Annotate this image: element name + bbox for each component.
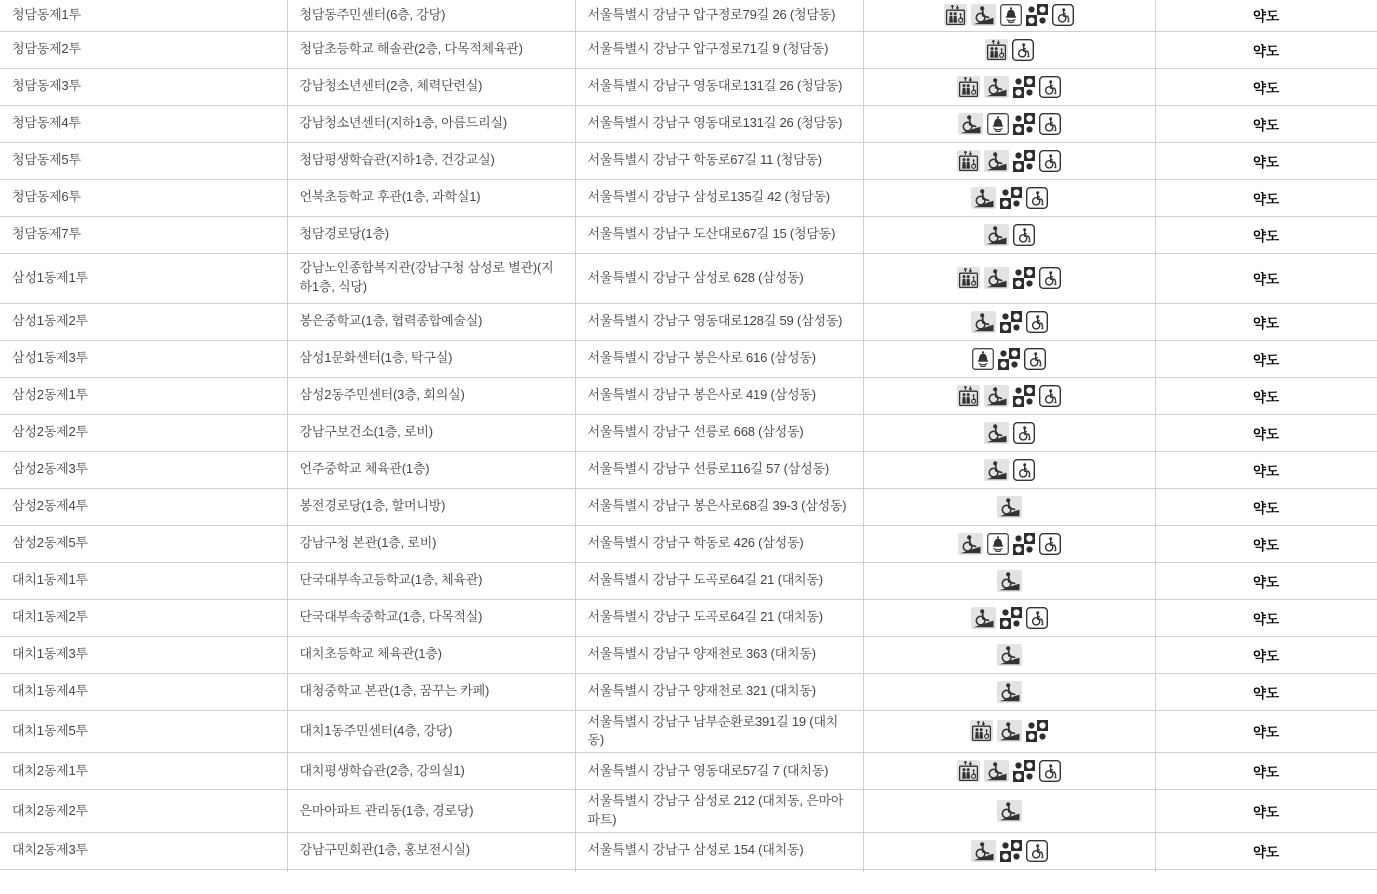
place-cell: 청담평생학습관(지하1층, 건강교실) bbox=[287, 142, 575, 179]
address-cell: 서울특별시 강남구 학동로 426 (삼성동) bbox=[575, 525, 863, 562]
accessible-facility-icon bbox=[1039, 113, 1061, 135]
tactile-paving-icon bbox=[1013, 385, 1035, 407]
accessibility-icons-cell bbox=[863, 562, 1155, 599]
address-cell: 서울특별시 강남구 삼성로 628 (삼성동) bbox=[575, 253, 863, 303]
precinct-cell: 대치1동제1투 bbox=[0, 562, 287, 599]
elevator-icon bbox=[957, 760, 980, 782]
place-cell: 삼성1문화센터(1층, 탁구실) bbox=[287, 340, 575, 377]
map-link-cell: 약도 bbox=[1155, 216, 1377, 253]
elevator-icon bbox=[957, 267, 980, 289]
address-cell: 서울특별시 강남구 봉은사로 419 (삼성동) bbox=[575, 377, 863, 414]
map-link-cell: 약도 bbox=[1155, 599, 1377, 636]
accessibility-icons-cell bbox=[863, 216, 1155, 253]
map-link-cell: 약도 bbox=[1155, 179, 1377, 216]
elevator-icon bbox=[970, 720, 993, 742]
place-cell: 강남구보건소(1층, 로비) bbox=[287, 414, 575, 451]
wheelchair-ramp-icon bbox=[997, 681, 1022, 703]
map-link[interactable]: 약도 bbox=[1253, 118, 1279, 133]
wheelchair-ramp-icon bbox=[971, 4, 996, 26]
table-row-partial bbox=[0, 869, 1377, 872]
precinct-cell: 삼성1동제3투 bbox=[0, 340, 287, 377]
table-row: 삼성1동제2투 봉은중학교(1층, 협력종합예술실) 서울특별시 강남구 영동대… bbox=[0, 303, 1377, 340]
accessibility-icons-cell bbox=[863, 340, 1155, 377]
accessibility-icons-cell bbox=[863, 488, 1155, 525]
table-row: 삼성2동제5투 강남구청 본관(1층, 로비) 서울특별시 강남구 학동로 42… bbox=[0, 525, 1377, 562]
accessible-facility-icon bbox=[1013, 422, 1035, 444]
accessibility-icons-cell bbox=[863, 710, 1155, 753]
address-cell: 서울특별시 강남구 양재천로 363 (대치동) bbox=[575, 636, 863, 673]
wheelchair-ramp-icon bbox=[958, 113, 983, 135]
wheelchair-ramp-icon bbox=[984, 76, 1009, 98]
map-link[interactable]: 약도 bbox=[1253, 44, 1279, 59]
wheelchair-ramp-icon bbox=[997, 800, 1022, 822]
table-row: 삼성2동제4투 봉전경로당(1층, 할머니방) 서울특별시 강남구 봉은사로68… bbox=[0, 488, 1377, 525]
call-bell-icon bbox=[972, 348, 994, 370]
accessibility-icons-cell bbox=[863, 31, 1155, 68]
table-row: 청담동제5투 청담평생학습관(지하1층, 건강교실) 서울특별시 강남구 학동로… bbox=[0, 142, 1377, 179]
map-link[interactable]: 약도 bbox=[1253, 575, 1279, 590]
accessible-facility-icon bbox=[1026, 187, 1048, 209]
map-link-cell: 약도 bbox=[1155, 636, 1377, 673]
tactile-paving-icon bbox=[1013, 113, 1035, 135]
table-row: 삼성2동제2투 강남구보건소(1층, 로비) 서울특별시 강남구 선릉로 668… bbox=[0, 414, 1377, 451]
wheelchair-ramp-icon bbox=[984, 422, 1009, 444]
accessibility-icons-cell bbox=[863, 636, 1155, 673]
map-link[interactable]: 약도 bbox=[1253, 612, 1279, 627]
map-link-cell: 약도 bbox=[1155, 790, 1377, 833]
precinct-cell: 대치2동제3투 bbox=[0, 832, 287, 869]
map-link[interactable]: 약도 bbox=[1253, 316, 1279, 331]
map-link-cell: 약도 bbox=[1155, 303, 1377, 340]
precinct-cell: 대치1동제3투 bbox=[0, 636, 287, 673]
accessible-facility-icon bbox=[1026, 840, 1048, 862]
accessible-facility-icon bbox=[1013, 224, 1035, 246]
table-row: 대치1동제4투 대청중학교 본관(1층, 꿈꾸는 카페) 서울특별시 강남구 양… bbox=[0, 673, 1377, 710]
place-cell: 봉은중학교(1층, 협력종합예술실) bbox=[287, 303, 575, 340]
table-row: 청담동제4투 강남청소년센터(지하1층, 아름드리실) 서울특별시 강남구 영동… bbox=[0, 105, 1377, 142]
accessible-facility-icon bbox=[1012, 39, 1034, 61]
table-row: 청담동제7투 청담경로당(1층) 서울특별시 강남구 도산대로67길 15 (청… bbox=[0, 216, 1377, 253]
address-cell: 서울특별시 강남구 도곡로64길 21 (대치동) bbox=[575, 562, 863, 599]
table-row: 청담동제2투 청담초등학교 해솔관(2층, 다목적체육관) 서울특별시 강남구 … bbox=[0, 31, 1377, 68]
place-cell: 언주중학교 체육관(1층) bbox=[287, 451, 575, 488]
table-row: 대치1동제5투 대치1동주민센터(4층, 강당) 서울특별시 강남구 남부순환로… bbox=[0, 710, 1377, 753]
map-link[interactable]: 약도 bbox=[1253, 353, 1279, 368]
map-link[interactable]: 약도 bbox=[1253, 192, 1279, 207]
table-row: 청담동제6투 언북초등학교 후관(1층, 과학실1) 서울특별시 강남구 삼성로… bbox=[0, 179, 1377, 216]
tactile-paving-icon bbox=[1026, 4, 1048, 26]
map-link-cell: 약도 bbox=[1155, 753, 1377, 790]
table-row: 삼성2동제1투 삼성2동주민센터(3층, 회의실) 서울특별시 강남구 봉은사로… bbox=[0, 377, 1377, 414]
place-cell: 대치1동주민센터(4층, 강당) bbox=[287, 710, 575, 753]
table-row: 청담동제3투 강남청소년센터(2층, 체력단련실) 서울특별시 강남구 영동대로… bbox=[0, 68, 1377, 105]
accessible-facility-icon bbox=[1024, 348, 1046, 370]
precinct-cell: 삼성2동제5투 bbox=[0, 525, 287, 562]
accessible-facility-icon bbox=[1039, 760, 1061, 782]
map-link[interactable]: 약도 bbox=[1253, 272, 1279, 287]
map-link-cell: 약도 bbox=[1155, 832, 1377, 869]
place-cell: 삼성2동주민센터(3층, 회의실) bbox=[287, 377, 575, 414]
accessible-facility-icon bbox=[1039, 150, 1061, 172]
map-link[interactable]: 약도 bbox=[1253, 427, 1279, 442]
place-cell: 언북초등학교 후관(1층, 과학실1) bbox=[287, 179, 575, 216]
accessible-facility-icon bbox=[1039, 533, 1061, 555]
place-cell: 강남청소년센터(지하1층, 아름드리실) bbox=[287, 105, 575, 142]
address-cell: 서울특별시 강남구 양재천로 321 (대치동) bbox=[575, 673, 863, 710]
table-row: 대치2동제3투 강남구민회관(1층, 홍보전시실) 서울특별시 강남구 삼성로 … bbox=[0, 832, 1377, 869]
map-link-cell: 약도 bbox=[1155, 451, 1377, 488]
precinct-cell: 청담동제1투 bbox=[0, 0, 287, 31]
elevator-icon bbox=[957, 385, 980, 407]
wheelchair-ramp-icon bbox=[971, 840, 996, 862]
wheelchair-ramp-icon bbox=[984, 459, 1009, 481]
map-link[interactable]: 약도 bbox=[1253, 390, 1279, 405]
table-row: 삼성1동제1투 강남노인종합복지관(강남구청 삼성로 별관)(지하1층, 식당)… bbox=[0, 253, 1377, 303]
map-link[interactable]: 약도 bbox=[1253, 9, 1279, 24]
address-cell: 서울특별시 강남구 압구정로71길 9 (청담동) bbox=[575, 31, 863, 68]
tactile-paving-icon bbox=[1000, 607, 1022, 629]
address-cell: 서울특별시 강남구 봉은사로68길 39-3 (삼성동) bbox=[575, 488, 863, 525]
tactile-paving-icon bbox=[1013, 267, 1035, 289]
tactile-paving-icon bbox=[1013, 533, 1035, 555]
table-row: 삼성1동제3투 삼성1문화센터(1층, 탁구실) 서울특별시 강남구 봉은사로 … bbox=[0, 340, 1377, 377]
precinct-cell: 청담동제2투 bbox=[0, 31, 287, 68]
address-cell: 서울특별시 강남구 영동대로57길 7 (대치동) bbox=[575, 753, 863, 790]
map-link-cell: 약도 bbox=[1155, 253, 1377, 303]
place-cell: 강남구청 본관(1층, 로비) bbox=[287, 525, 575, 562]
address-cell: 서울특별시 강남구 영동대로131길 26 (청담동) bbox=[575, 105, 863, 142]
table-row: 대치2동제2투 은마아파트 관리동(1층, 경로당) 서울특별시 강남구 삼성로… bbox=[0, 790, 1377, 833]
place-cell: 강남청소년센터(2층, 체력단련실) bbox=[287, 68, 575, 105]
accessible-facility-icon bbox=[1039, 267, 1061, 289]
tactile-paving-icon bbox=[998, 348, 1020, 370]
accessibility-icons-cell bbox=[863, 753, 1155, 790]
address-cell: 서울특별시 강남구 영동대로131길 26 (청담동) bbox=[575, 68, 863, 105]
accessibility-icons-cell bbox=[863, 790, 1155, 833]
elevator-icon bbox=[957, 150, 980, 172]
address-cell: 서울특별시 강남구 선릉로116길 57 (삼성동) bbox=[575, 451, 863, 488]
tactile-paving-icon bbox=[1013, 760, 1035, 782]
accessibility-icons-cell bbox=[863, 142, 1155, 179]
table-row: 대치1동제1투 단국대부속고등학교(1층, 체육관) 서울특별시 강남구 도곡로… bbox=[0, 562, 1377, 599]
map-link[interactable]: 약도 bbox=[1253, 649, 1279, 664]
wheelchair-ramp-icon bbox=[984, 385, 1009, 407]
precinct-cell: 대치1동제5투 bbox=[0, 710, 287, 753]
precinct-cell: 청담동제3투 bbox=[0, 68, 287, 105]
map-link-cell: 약도 bbox=[1155, 710, 1377, 753]
address-cell: 서울특별시 강남구 학동로67길 11 (청담동) bbox=[575, 142, 863, 179]
place-cell: 대청중학교 본관(1층, 꿈꾸는 카페) bbox=[287, 673, 575, 710]
address-cell: 서울특별시 강남구 삼성로135길 42 (청담동) bbox=[575, 179, 863, 216]
tactile-paving-icon bbox=[1013, 76, 1035, 98]
accessibility-icons-cell bbox=[863, 414, 1155, 451]
precinct-cell: 삼성2동제2투 bbox=[0, 414, 287, 451]
table-row: 삼성2동제3투 언주중학교 체육관(1층) 서울특별시 강남구 선릉로116길 … bbox=[0, 451, 1377, 488]
table-row: 청담동제1투 청담동주민센터(6층, 강당) 서울특별시 강남구 압구정로79길… bbox=[0, 0, 1377, 31]
tactile-paving-icon bbox=[1000, 187, 1022, 209]
call-bell-icon bbox=[987, 113, 1009, 135]
call-bell-icon bbox=[987, 533, 1009, 555]
map-link-cell: 약도 bbox=[1155, 105, 1377, 142]
place-cell: 단국대부속중학교(1층, 다목적실) bbox=[287, 599, 575, 636]
polling-places-table: 청담동제1투 청담동주민센터(6층, 강당) 서울특별시 강남구 압구정로79길… bbox=[0, 0, 1377, 872]
map-link[interactable]: 약도 bbox=[1253, 229, 1279, 244]
map-link-cell: 약도 bbox=[1155, 340, 1377, 377]
wheelchair-ramp-icon bbox=[997, 496, 1022, 518]
place-cell: 강남노인종합복지관(강남구청 삼성로 별관)(지하1층, 식당) bbox=[287, 253, 575, 303]
accessibility-icons-cell bbox=[863, 179, 1155, 216]
accessible-facility-icon bbox=[1039, 385, 1061, 407]
accessibility-icons-cell bbox=[863, 0, 1155, 31]
tactile-paving-icon bbox=[1000, 840, 1022, 862]
map-link-cell: 약도 bbox=[1155, 31, 1377, 68]
accessibility-icons-cell bbox=[863, 253, 1155, 303]
table-row: 대치2동제1투 대치평생학습관(2층, 강의실1) 서울특별시 강남구 영동대로… bbox=[0, 753, 1377, 790]
wheelchair-ramp-icon bbox=[971, 187, 996, 209]
map-link[interactable]: 약도 bbox=[1253, 464, 1279, 479]
address-cell: 서울특별시 강남구 도산대로67길 15 (청담동) bbox=[575, 216, 863, 253]
accessibility-icons-cell bbox=[863, 303, 1155, 340]
tactile-paving-icon bbox=[1026, 720, 1048, 742]
accessibility-icons-cell bbox=[863, 377, 1155, 414]
accessibility-icons-cell bbox=[863, 832, 1155, 869]
map-link-cell: 약도 bbox=[1155, 562, 1377, 599]
wheelchair-ramp-icon bbox=[997, 644, 1022, 666]
precinct-cell: 삼성1동제2투 bbox=[0, 303, 287, 340]
precinct-cell: 삼성2동제1투 bbox=[0, 377, 287, 414]
precinct-cell: 청담동제6투 bbox=[0, 179, 287, 216]
accessibility-icons-cell bbox=[863, 68, 1155, 105]
precinct-cell: 대치1동제2투 bbox=[0, 599, 287, 636]
place-cell: 청담경로당(1층) bbox=[287, 216, 575, 253]
accessibility-icons-cell bbox=[863, 673, 1155, 710]
map-link[interactable]: 약도 bbox=[1253, 686, 1279, 701]
map-link-cell: 약도 bbox=[1155, 414, 1377, 451]
precinct-cell: 삼성2동제4투 bbox=[0, 488, 287, 525]
map-link[interactable]: 약도 bbox=[1253, 81, 1279, 96]
accessibility-icons-cell bbox=[863, 105, 1155, 142]
place-cell: 봉전경로당(1층, 할머니방) bbox=[287, 488, 575, 525]
place-cell: 대치평생학습관(2층, 강의실1) bbox=[287, 753, 575, 790]
map-link[interactable]: 약도 bbox=[1253, 538, 1279, 553]
accessibility-icons-cell bbox=[863, 525, 1155, 562]
map-link-cell: 약도 bbox=[1155, 377, 1377, 414]
tactile-paving-icon bbox=[1000, 311, 1022, 333]
map-link-cell: 약도 bbox=[1155, 68, 1377, 105]
wheelchair-ramp-icon bbox=[984, 267, 1009, 289]
map-link[interactable]: 약도 bbox=[1253, 725, 1279, 740]
accessible-facility-icon bbox=[1052, 4, 1074, 26]
precinct-cell: 청담동제5투 bbox=[0, 142, 287, 179]
wheelchair-ramp-icon bbox=[997, 570, 1022, 592]
accessibility-icons-cell bbox=[863, 451, 1155, 488]
map-link[interactable]: 약도 bbox=[1253, 845, 1279, 860]
address-cell: 서울특별시 강남구 삼성로 154 (대치동) bbox=[575, 832, 863, 869]
map-link[interactable]: 약도 bbox=[1253, 501, 1279, 516]
place-cell: 청담초등학교 해솔관(2층, 다목적체육관) bbox=[287, 31, 575, 68]
address-cell: 서울특별시 강남구 영동대로128길 59 (삼성동) bbox=[575, 303, 863, 340]
place-cell: 단국대부속고등학교(1층, 체육관) bbox=[287, 562, 575, 599]
map-link-cell: 약도 bbox=[1155, 142, 1377, 179]
map-link-cell: 약도 bbox=[1155, 673, 1377, 710]
elevator-icon bbox=[985, 39, 1008, 61]
precinct-cell: 삼성2동제3투 bbox=[0, 451, 287, 488]
map-link-cell: 약도 bbox=[1155, 488, 1377, 525]
address-cell: 서울특별시 강남구 압구정로79길 26 (청담동) bbox=[575, 0, 863, 31]
map-link[interactable]: 약도 bbox=[1253, 805, 1279, 820]
table-row: 대치1동제2투 단국대부속중학교(1층, 다목적실) 서울특별시 강남구 도곡로… bbox=[0, 599, 1377, 636]
address-cell: 서울특별시 강남구 삼성로 212 (대치동, 은마아파트) bbox=[575, 790, 863, 833]
table-row: 대치1동제3투 대치초등학교 체육관(1층) 서울특별시 강남구 양재천로 36… bbox=[0, 636, 1377, 673]
address-cell: 서울특별시 강남구 봉은사로 616 (삼성동) bbox=[575, 340, 863, 377]
precinct-cell: 청담동제7투 bbox=[0, 216, 287, 253]
accessible-facility-icon bbox=[1013, 459, 1035, 481]
map-link-cell: 약도 bbox=[1155, 0, 1377, 31]
precinct-cell: 대치2동제1투 bbox=[0, 753, 287, 790]
map-link-cell: 약도 bbox=[1155, 525, 1377, 562]
elevator-icon bbox=[957, 76, 980, 98]
wheelchair-ramp-icon bbox=[984, 224, 1009, 246]
place-cell: 강남구민회관(1층, 홍보전시실) bbox=[287, 832, 575, 869]
wheelchair-ramp-icon bbox=[971, 607, 996, 629]
call-bell-icon bbox=[1000, 4, 1022, 26]
precinct-cell: 대치2동제2투 bbox=[0, 790, 287, 833]
map-link[interactable]: 약도 bbox=[1253, 155, 1279, 170]
precinct-cell: 청담동제4투 bbox=[0, 105, 287, 142]
tactile-paving-icon bbox=[1013, 150, 1035, 172]
wheelchair-ramp-icon bbox=[971, 311, 996, 333]
map-link[interactable]: 약도 bbox=[1253, 765, 1279, 780]
accessible-facility-icon bbox=[1039, 76, 1061, 98]
wheelchair-ramp-icon bbox=[997, 720, 1022, 742]
accessible-facility-icon bbox=[1026, 607, 1048, 629]
wheelchair-ramp-icon bbox=[958, 533, 983, 555]
elevator-icon bbox=[944, 4, 967, 26]
address-cell: 서울특별시 강남구 남부순환로391길 19 (대치동) bbox=[575, 710, 863, 753]
place-cell: 청담동주민센터(6층, 강당) bbox=[287, 0, 575, 31]
accessibility-icons-cell bbox=[863, 599, 1155, 636]
accessible-facility-icon bbox=[1026, 311, 1048, 333]
place-cell: 은마아파트 관리동(1층, 경로당) bbox=[287, 790, 575, 833]
precinct-cell: 삼성1동제1투 bbox=[0, 253, 287, 303]
address-cell: 서울특별시 강남구 선릉로 668 (삼성동) bbox=[575, 414, 863, 451]
wheelchair-ramp-icon bbox=[984, 150, 1009, 172]
wheelchair-ramp-icon bbox=[984, 760, 1009, 782]
address-cell: 서울특별시 강남구 도곡로64길 21 (대치동) bbox=[575, 599, 863, 636]
precinct-cell: 대치1동제4투 bbox=[0, 673, 287, 710]
place-cell: 대치초등학교 체육관(1층) bbox=[287, 636, 575, 673]
